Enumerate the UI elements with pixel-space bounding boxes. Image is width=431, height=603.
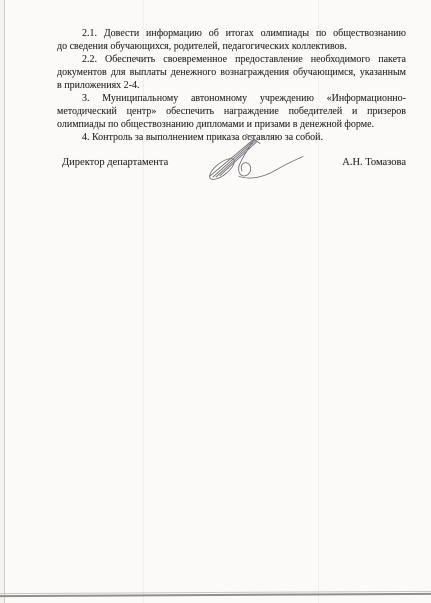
document-body: 2.1. Довести информацию об итогах олимпи… xyxy=(57,27,406,144)
paragraph-line: 2.1. Довести информацию об итогах олимпи… xyxy=(57,27,406,40)
signer-title: Директор департамента xyxy=(57,156,168,170)
paragraph-line: 2.2. Обеспечить своевременное предоставл… xyxy=(57,53,406,66)
paragraph-line: 3. Муниципальному автономному учреждению… xyxy=(57,92,406,105)
scan-left-edge xyxy=(4,0,5,603)
paragraph-line: методический центр» обеспечить награжден… xyxy=(57,105,406,118)
paragraph-line: до сведения обучающихся, родителей, педа… xyxy=(57,40,406,53)
handwritten-signature-icon xyxy=(198,133,308,185)
signer-name: А.Н. Томазова xyxy=(342,156,406,170)
paragraph-line: олимпиады по обществознанию дипломами и … xyxy=(57,118,406,131)
paragraph-line: документов для выплаты денежного вознагр… xyxy=(57,66,406,79)
paragraph-line: в приложениях 2-4. xyxy=(57,79,406,92)
document-page: 2.1. Довести информацию об итогах олимпи… xyxy=(0,0,431,603)
